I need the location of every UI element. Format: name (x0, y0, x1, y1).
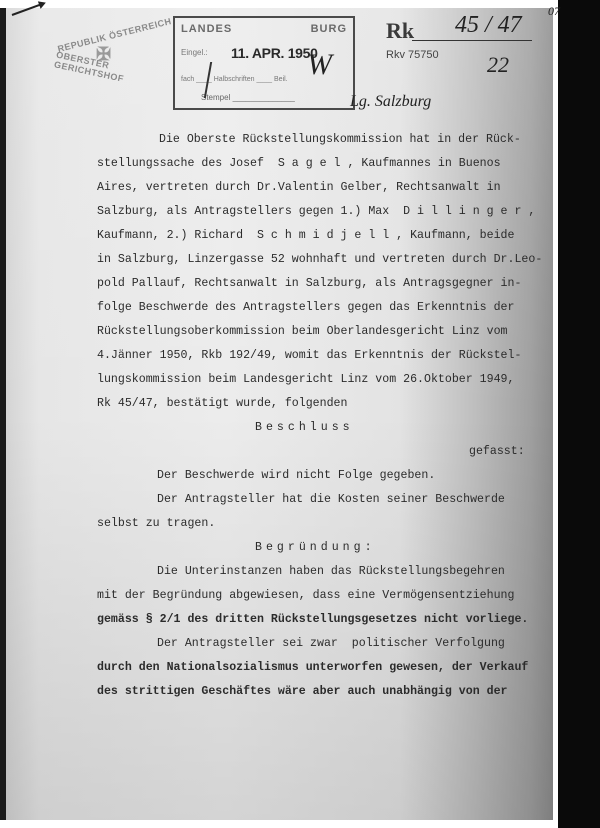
handwritten-superscript: 07 (548, 4, 560, 19)
seal-top-text: REPUBLIK ÖSTERREICH (57, 16, 173, 54)
stamp-header-left: LANDES (181, 23, 232, 35)
section-heading: Beschluss (97, 416, 567, 440)
rkv-number: Rkv 75750 (386, 49, 439, 61)
stamp-date: 11. APR. 1950 (231, 45, 318, 61)
section-heading: Begründung: (97, 536, 567, 560)
text-line: des strittigen Geschäftes wäre aber auch… (97, 680, 567, 704)
text-line: Die Unterinstanzen haben das Rückstellun… (97, 560, 567, 584)
text-line: Rückstellungsoberkommission beim Oberlan… (97, 320, 567, 344)
handwritten-place-note: Lg. Salzburg (350, 93, 431, 111)
scan-top-margin (0, 0, 558, 8)
text-line: durch den Nationalsozialismus unterworfe… (97, 656, 567, 680)
text-line: in Salzburg, Linzergasse 52 wohnhaft und… (97, 248, 567, 272)
text-line: Der Beschwerde wird nicht Folge gegeben. (97, 464, 567, 488)
stamp-header-right: BURG (311, 23, 347, 35)
received-stamp: LANDES BURG Eingel.: 11. APR. 1950 fach … (173, 16, 355, 110)
text-line: stellungssache des Josef S a g e l , Kau… (97, 152, 567, 176)
seal-bottom-text: OBERSTER GERICHTSHOF (53, 50, 176, 95)
stamp-row-label: fach ____ Halbschriften ____ Beil. (181, 76, 288, 83)
handwritten-file-number: 45 / 47 (455, 12, 522, 39)
text-line: Aires, vertreten durch Dr.Valentin Gelbe… (97, 176, 567, 200)
text-line: selbst zu tragen. (97, 512, 567, 536)
text-line: mit der Begründung abgewiesen, dass eine… (97, 584, 567, 608)
text-line: Rk 45/47, bestätigt wurde, folgenden (97, 392, 567, 416)
scan-bottom-margin (0, 820, 558, 828)
stamp-initials: W (307, 48, 332, 82)
text-line: Salzburg, als Antragstellers gegen 1.) M… (97, 200, 567, 224)
text-line: lungskommission beim Landesgericht Linz … (97, 368, 567, 392)
text-line: Die Oberste Rückstellungskommission hat … (97, 128, 567, 152)
handwritten-denominator: 22 (487, 52, 509, 78)
text-line: pold Pallauf, Rechtsanwalt in Salzburg, … (97, 272, 567, 296)
document-body: Die Oberste Rückstellungskommission hat … (97, 128, 567, 704)
text-line: 4.Jänner 1950, Rkb 192/49, womit das Erk… (97, 344, 567, 368)
court-seal: REPUBLIK ÖSTERREICH ✠ OBERSTER GERICHTSH… (46, 18, 176, 88)
text-line: gemäss § 2/1 des dritten Rückstellungsge… (97, 608, 567, 632)
text-line: gefasst: (97, 440, 567, 464)
text-line: Kaufmann, 2.) Richard S c h m i d j e l … (97, 224, 567, 248)
text-line: folge Beschwerde des Antragstellers gege… (97, 296, 567, 320)
file-reference-underline (412, 40, 532, 41)
text-line: Der Antragsteller sei zwar politischer V… (97, 632, 567, 656)
text-line: Der Antragsteller hat die Kosten seiner … (97, 488, 567, 512)
stamp-received-label: Eingel.: (181, 48, 208, 57)
file-prefix: Rk (386, 18, 414, 44)
